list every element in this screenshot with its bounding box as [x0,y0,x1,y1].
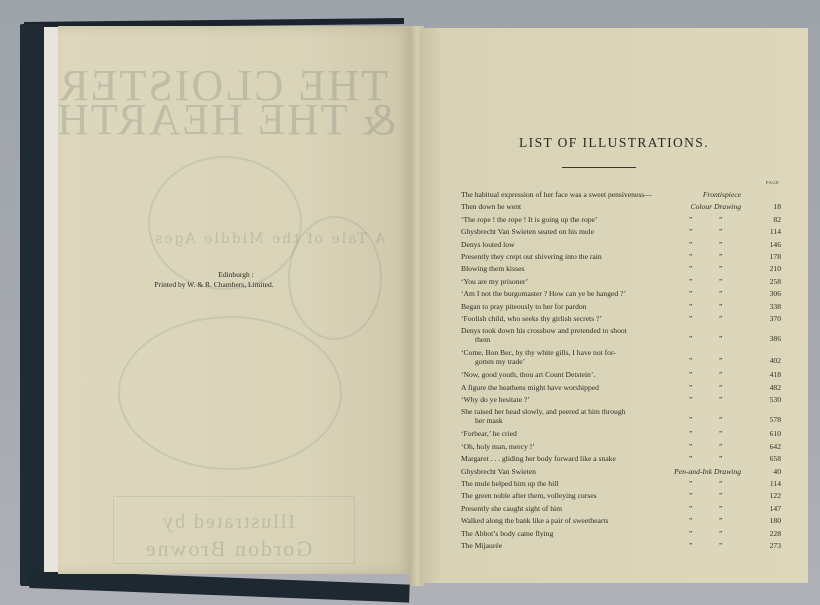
ditto-mark: ” [689,276,692,288]
illustration-caption: ‘Why do ye hesitate ?’ [461,394,530,406]
illustration-page-number: 228 [770,528,781,540]
list-item: Presently they crept out shivering into … [461,251,781,263]
ditto-mark: ” [719,288,722,300]
ditto-mark: ” [719,333,722,345]
list-item: Ghysbrecht Van SwietenPen-and-Ink Drawin… [461,466,781,478]
illustration-caption: Walked along the bank like a pair of swe… [461,515,608,527]
book-cover-spine [20,24,46,586]
illustration-caption: Then down he went [461,201,521,213]
ditto-mark: ” [689,355,692,367]
list-item: ‘Foolish child, who seeks thy girlish se… [461,313,781,325]
illustration-caption: ‘Foolish child, who seeks thy girlish se… [461,313,602,325]
ditto-mark: ” [719,453,722,465]
illustration-page-number: 306 [770,288,781,300]
ditto-mark: ” [689,382,692,394]
illustration-caption: Presently they crept out shivering into … [461,251,602,263]
illustration-caption-continued: gotten my trade’ [475,357,525,366]
illustration-page-number: 180 [770,515,781,527]
illustration-page-number: 338 [770,301,781,313]
ditto-mark: ” [689,478,692,490]
illustration-caption: The green noble after them, volleying cu… [461,490,597,502]
ditto-mark: ” [719,394,722,406]
illustration-page-number: 114 [770,226,781,238]
ditto-mark: ” [689,414,692,426]
ditto-mark: ” [719,414,722,426]
illustration-caption: Denys louted low [461,239,515,251]
list-item: The Mijaurée””273 [461,540,781,552]
list-item: Then down he wentColour Drawing18 [461,201,781,213]
illustration-caption: The habitual expression of her face was … [461,189,652,201]
illustration-caption: The Mijaurée [461,540,502,552]
ditto-mark: ” [689,214,692,226]
page-column-label: PAGE [766,180,779,185]
ditto-mark: ” [689,515,692,527]
illustration-page-number: 210 [770,263,781,275]
list-item: The green noble after them, volleying cu… [461,490,781,502]
left-page: THE CLOISTER & THE HEARTH A Tale of the … [58,26,414,574]
ditto-mark: ” [689,503,692,515]
list-item: ‘The rope ! the rope ! It is going up th… [461,214,781,226]
ditto-mark: ” [689,453,692,465]
illustration-caption: ‘The rope ! the rope ! It is going up th… [461,214,597,226]
list-item: ‘Forbear,’ he cried””610 [461,428,781,440]
ditto-mark: ” [719,528,722,540]
ditto-mark: ” [719,515,722,527]
illustration-page-number: 370 [770,313,781,325]
ditto-mark: ” [719,503,722,515]
ditto-mark: ” [719,490,722,502]
list-item: ‘Oh, holy man, mercy !’””642 [461,441,781,453]
illustration-caption: Began to pray piteously to her for pardo… [461,301,586,313]
illustration-page-number: 114 [770,478,781,490]
illustration-page-number: 642 [770,441,781,453]
ditto-mark: ” [719,263,722,275]
ditto-mark: ” [689,540,692,552]
ditto-mark: ” [719,441,722,453]
illustration-page-number: 146 [770,239,781,251]
ditto-mark: ” [689,490,692,502]
ditto-mark: ” [689,301,692,313]
ditto-mark: ” [719,540,722,552]
illustration-caption: The mule helped him up the hill [461,478,558,490]
illustration-caption: Margaret . . . gliding her body forward … [461,453,616,465]
list-item: The mule helped him up the hill””114 [461,478,781,490]
illustration-page-number: 578 [770,414,781,426]
list-item: Walked along the bank like a pair of swe… [461,515,781,527]
illustration-caption: She raised her head slowly, and peered a… [461,407,625,416]
ditto-mark: ” [689,263,692,275]
ditto-mark: ” [719,276,722,288]
illustration-caption-continued: her mask [475,416,503,425]
illustration-page-number: 40 [773,466,781,478]
illustration-page-number: 147 [770,503,781,515]
list-item: Ghysbrecht Van Swieten seated on his mul… [461,226,781,238]
list-item: Margaret . . . gliding her body forward … [461,453,781,465]
illustration-caption: ‘You are my prisoner’ [461,276,528,288]
illustration-caption: Presently she caught sight of him [461,503,562,515]
illustration-page-number: 18 [773,201,781,213]
ditto-mark: ” [719,301,722,313]
illustration-page-number: 530 [770,394,781,406]
list-item: The habitual expression of her face was … [461,189,781,201]
right-page: LIST OF ILLUSTRATIONS. PAGE The habitual… [420,28,808,583]
imprint-printer: Printed by W. & R. Chambers, Limited. [58,280,392,290]
ditto-mark: ” [719,428,722,440]
ditto-mark: ” [689,528,692,540]
ditto-mark: ” [719,226,722,238]
illustration-page-number: 273 [770,540,781,552]
illustration-caption: A figure the heathens might have worship… [461,382,599,394]
ditto-mark: ” [689,441,692,453]
list-item: Blowing them kisses””210 [461,263,781,275]
illustration-caption: Denys took down his crossbow and pretend… [461,326,627,335]
illustration-caption: ‘Now, good youth, thou art Count Detstei… [461,369,595,381]
ditto-mark: ” [689,333,692,345]
ditto-mark: ” [689,394,692,406]
illustration-caption: ‘Come, Bon Bec, by thy white gills, I ha… [461,348,616,357]
list-item: Denys took down his crossbow and pretend… [461,325,781,347]
illustration-page-number: 178 [770,251,781,263]
illustration-page-number: 418 [770,369,781,381]
list-item: Presently she caught sight of him””147 [461,503,781,515]
ditto-mark: ” [719,251,722,263]
list-item: ‘Am I not the burgomaster ? How can ye b… [461,288,781,300]
illustration-caption: The Abbot’s body came flying [461,528,553,540]
illustrations-list: The habitual expression of her face was … [461,189,781,552]
illustration-page-number: 610 [770,428,781,440]
list-item: A figure the heathens might have worship… [461,382,781,394]
ditto-mark: ” [719,369,722,381]
list-item: She raised her head slowly, and peered a… [461,406,781,428]
illustration-caption: ‘Forbear,’ he cried [461,428,517,440]
ditto-mark: ” [719,214,722,226]
showthrough-title-line-2: & THE HEARTH [66,94,396,145]
ditto-mark: ” [719,355,722,367]
imprint-city: Edinburgh : [58,270,414,280]
ditto-mark: ” [719,382,722,394]
list-item: ‘Come, Bon Bec, by thy white gills, I ha… [461,347,781,369]
illustration-medium: Frontispiece [703,189,741,201]
list-item: ‘You are my prisoner’””258 [461,276,781,288]
list-item: ‘Why do ye hesitate ?’””530 [461,394,781,406]
illustration-caption: Ghysbrecht Van Swieten [461,466,536,478]
ditto-mark: ” [689,288,692,300]
list-item: Began to pray piteously to her for pardo… [461,301,781,313]
illustration-medium: Colour Drawing [691,201,741,213]
ditto-mark: ” [689,239,692,251]
illustration-page-number: 482 [770,382,781,394]
ditto-mark: ” [689,428,692,440]
list-item: Denys louted low””146 [461,239,781,251]
title-rule [562,167,636,168]
illustration-medium: Pen-and-Ink Drawing [674,466,741,478]
ditto-mark: ” [689,226,692,238]
showthrough-credit-line-1: Illustrated by [98,511,358,534]
illustration-caption-continued: them [475,335,490,344]
showthrough-credit-line-2: Gordon Browne [98,536,358,562]
showthrough-publisher: W. & R. Chambers, Limited, London & Edin… [78,571,378,574]
showthrough-subtitle: A Tale of the Middle Ages [153,231,385,247]
illustration-page-number: 258 [770,276,781,288]
illustration-caption: Ghysbrecht Van Swieten seated on his mul… [461,226,594,238]
ditto-mark: ” [689,369,692,381]
ditto-mark: ” [689,313,692,325]
illustration-caption: Blowing them kisses [461,263,524,275]
list-item: The Abbot’s body came flying””228 [461,528,781,540]
illustration-page-number: 122 [770,490,781,502]
book-cover-bottom-edge [29,570,409,603]
illustration-caption: ‘Am I not the burgomaster ? How can ye b… [461,288,626,300]
illustration-caption: ‘Oh, holy man, mercy !’ [461,441,535,453]
ditto-mark: ” [719,239,722,251]
showthrough-ornament [118,316,342,470]
illustration-page-number: 402 [770,355,781,367]
list-item: ‘Now, good youth, thou art Count Detstei… [461,369,781,381]
ditto-mark: ” [719,478,722,490]
illustration-page-number: 82 [773,214,781,226]
illustration-page-number: 386 [770,333,781,345]
ditto-mark: ” [689,251,692,263]
ditto-mark: ” [719,313,722,325]
page-title: LIST OF ILLUSTRATIONS. [420,135,808,151]
illustration-page-number: 658 [770,453,781,465]
